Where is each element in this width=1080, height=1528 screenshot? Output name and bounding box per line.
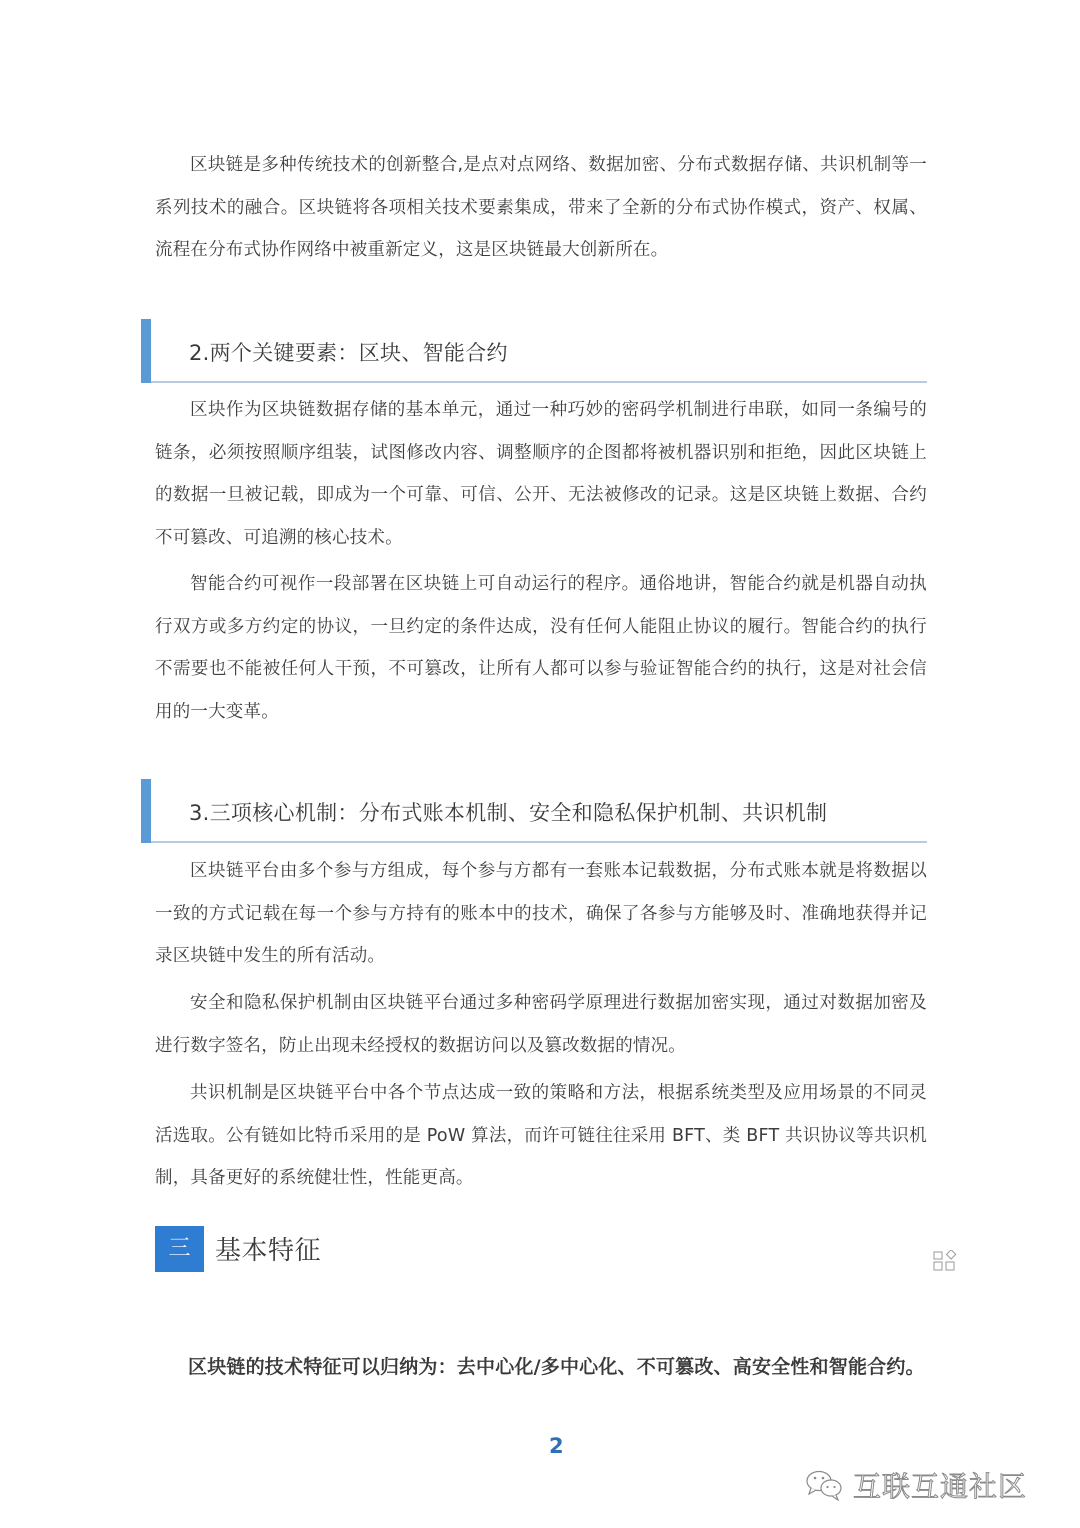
section-title: 2.两个关键要素：区块、智能合约 bbox=[189, 337, 508, 367]
grid-icon bbox=[933, 1250, 957, 1272]
section-2-paragraph-1: 区块作为区块链数据存储的基本单元，通过一种巧妙的密码学机制进行串联，如同一条编号… bbox=[155, 389, 927, 559]
features-summary: 区块链的技术特征可以归纳为：去中心化/多中心化、不可篡改、高安全性和智能合约。 bbox=[188, 1352, 925, 1379]
intro-paragraph: 区块链是多种传统技术的创新整合,是点对点网络、数据加密、分布式数据存储、共识机制… bbox=[155, 144, 927, 272]
chapter-number-box: 三 bbox=[155, 1226, 204, 1272]
watermark: 互联互通社区 bbox=[805, 1465, 1027, 1505]
heading-accent-bar bbox=[141, 779, 151, 843]
chapter-title: 基本特征 bbox=[215, 1230, 321, 1267]
watermark-text: 互联互通社区 bbox=[853, 1465, 1027, 1505]
section-3-paragraph-2: 安全和隐私保护机制由区块链平台通过多种密码学原理进行数据加密实现，通过对数据加密… bbox=[155, 982, 927, 1067]
section-heading-3: 3.三项核心机制：分布式账本机制、安全和隐私保护机制、共识机制 bbox=[141, 779, 927, 843]
section-3-paragraph-1: 区块链平台由多个参与方组成，每个参与方都有一套账本记载数据，分布式账本就是将数据… bbox=[155, 850, 927, 978]
wechat-icon bbox=[805, 1469, 845, 1501]
section-heading-2: 2.两个关键要素：区块、智能合约 bbox=[141, 319, 927, 383]
section-2-paragraph-2: 智能合约可视作一段部署在区块链上可自动运行的程序。通俗地讲，智能合约就是机器自动… bbox=[155, 563, 927, 733]
heading-accent-bar bbox=[141, 319, 151, 383]
section-title: 3.三项核心机制：分布式账本机制、安全和隐私保护机制、共识机制 bbox=[189, 797, 827, 827]
page-number: 2 bbox=[549, 1434, 564, 1458]
chapter-heading: 三 基本特征 bbox=[155, 1226, 955, 1272]
document-page: 区块链是多种传统技术的创新整合,是点对点网络、数据加密、分布式数据存储、共识机制… bbox=[0, 0, 1080, 1528]
section-3-paragraph-3: 共识机制是区块链平台中各个节点达成一致的策略和方法，根据系统类型及应用场景的不同… bbox=[155, 1072, 927, 1200]
